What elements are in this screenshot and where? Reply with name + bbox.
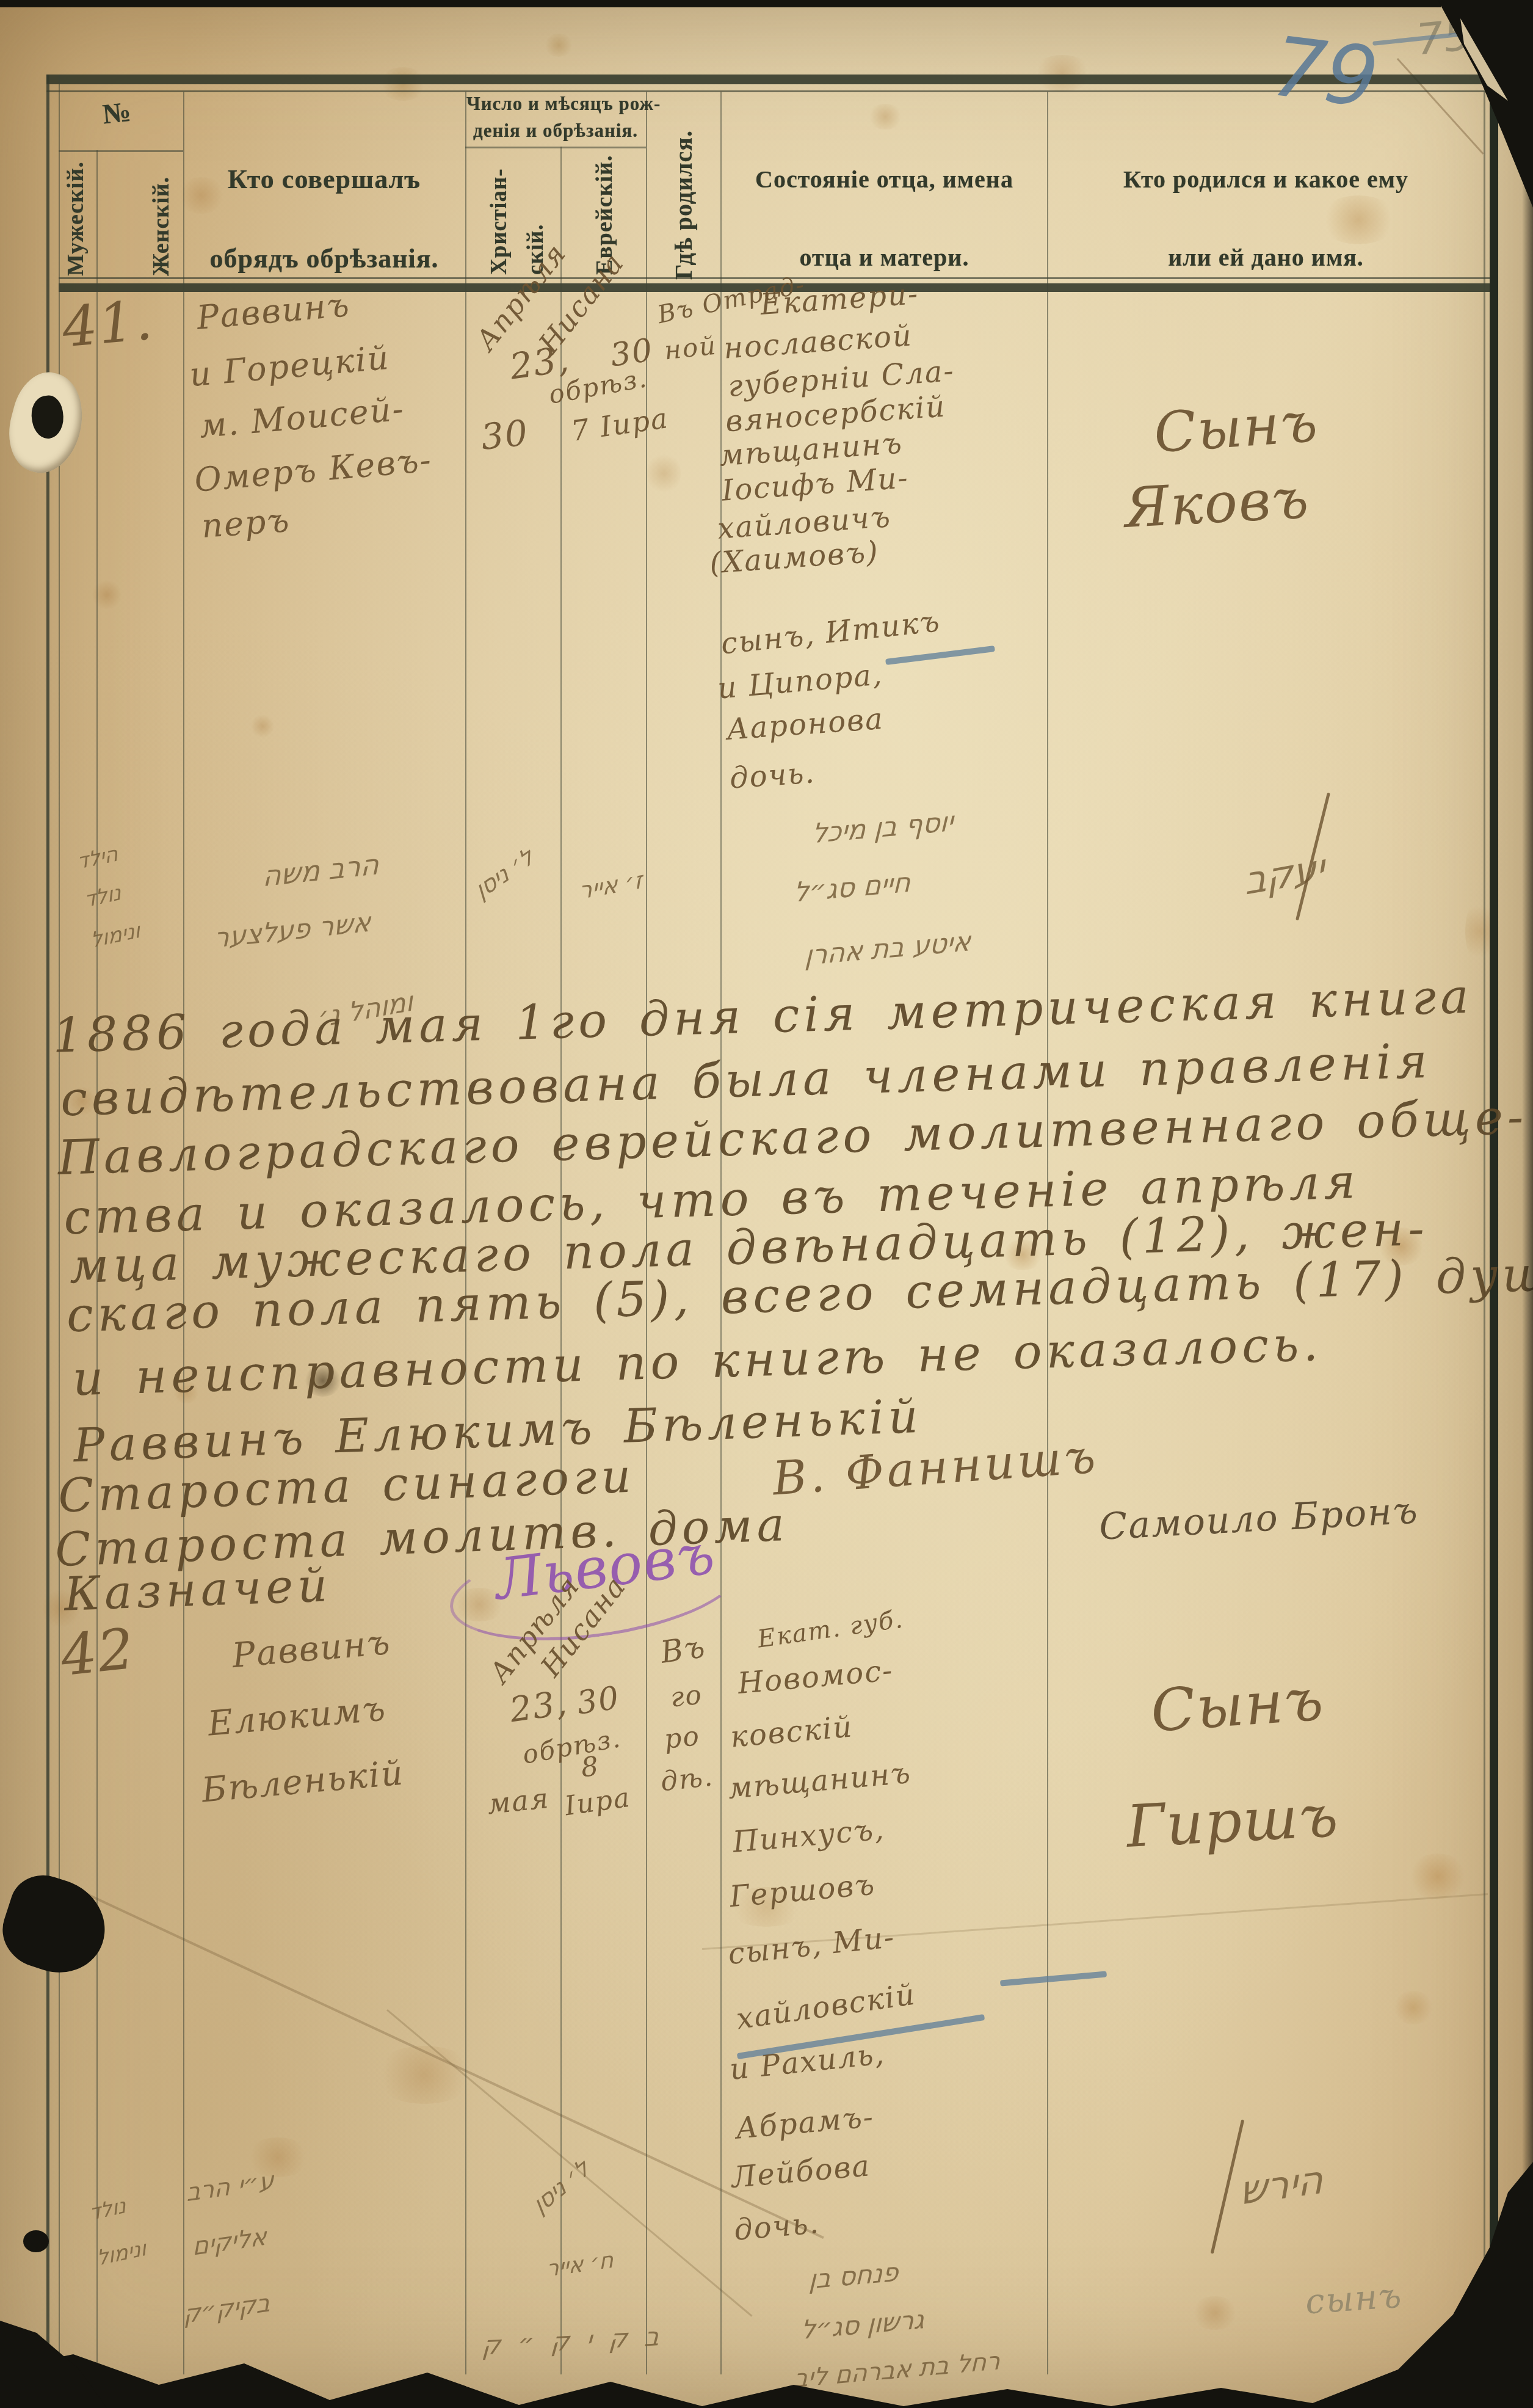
row42-birthplace-line: Въ <box>658 1629 708 1670</box>
column-header-father-line2: отца и матери. <box>722 243 1047 272</box>
row41-number: 41. <box>60 288 156 360</box>
dates-subheader-divider <box>465 147 646 148</box>
column-header-no: № <box>101 95 133 131</box>
row41-father-line: дочь. <box>728 755 816 796</box>
column-header-name-line1: Кто родился и какое ему <box>1048 165 1484 194</box>
row41-birthplace-line: ной <box>663 330 719 366</box>
column-header-male: Мужескій. <box>62 161 89 276</box>
right-edge-shadow <box>1522 0 1533 2408</box>
column-header-christian-line1: Христіан- <box>486 168 512 275</box>
column-header-dates-line2: денія и обрѣзанія. <box>466 120 645 142</box>
row41-performer-line: перъ <box>200 501 291 545</box>
hebrew42-name-pencil-note: сынъ <box>1304 2276 1404 2323</box>
scanned-metric-book-page: № Мужескій. Женскій. Кто совершалъ обряд… <box>0 0 1533 2408</box>
row41-jewish-born-day: 30 <box>608 332 656 374</box>
column-header-performer-line1: Кто совершалъ <box>183 164 465 195</box>
row42-christian-circ-day: мая <box>485 1781 551 1821</box>
row42-christian-born-day: 23, <box>507 1683 570 1731</box>
signature-treasurer-label: Казначей <box>63 1557 333 1621</box>
scan-edge-top <box>0 0 1441 7</box>
certification-block: 1886 года мая 1го дня сія метрическая кн… <box>49 968 1526 1436</box>
no-subheader-divider <box>59 150 183 152</box>
column-header-father-line1: Состояніе отца, имена <box>722 165 1047 194</box>
row41-name-line: Сынъ <box>1152 390 1321 466</box>
column-header-name-line2: или ей дано имя. <box>1048 243 1484 272</box>
row42-number: 42 <box>58 1616 139 1689</box>
page-number-blue: 79 <box>1267 18 1383 126</box>
row42-birthplace-line: дѣ. <box>659 1761 716 1798</box>
column-header-dates-line1: Число и мѣсяцъ рож- <box>466 93 645 115</box>
column-header-performer-line2: обрядъ обрѣзанія. <box>183 243 465 274</box>
row42-birthplace-line: го <box>669 1679 704 1713</box>
row41-name-line: Яковъ <box>1123 467 1311 540</box>
row42-birthplace-line: ро <box>662 1720 701 1755</box>
column-header-female: Женскій. <box>148 176 175 276</box>
left-edge-hole-small <box>23 2230 49 2252</box>
row41-christian-circ-day: 30 <box>479 412 531 458</box>
row42-jewish-born-day: 30 <box>574 1679 622 1722</box>
row42-jewish-circ-day-num: 8 <box>579 1751 601 1784</box>
column-header-where-born: Гдѣ родился. <box>669 130 698 280</box>
row42-name-line: Сынъ <box>1149 1666 1327 1745</box>
row42-name-line: Гиршъ <box>1125 1783 1340 1861</box>
